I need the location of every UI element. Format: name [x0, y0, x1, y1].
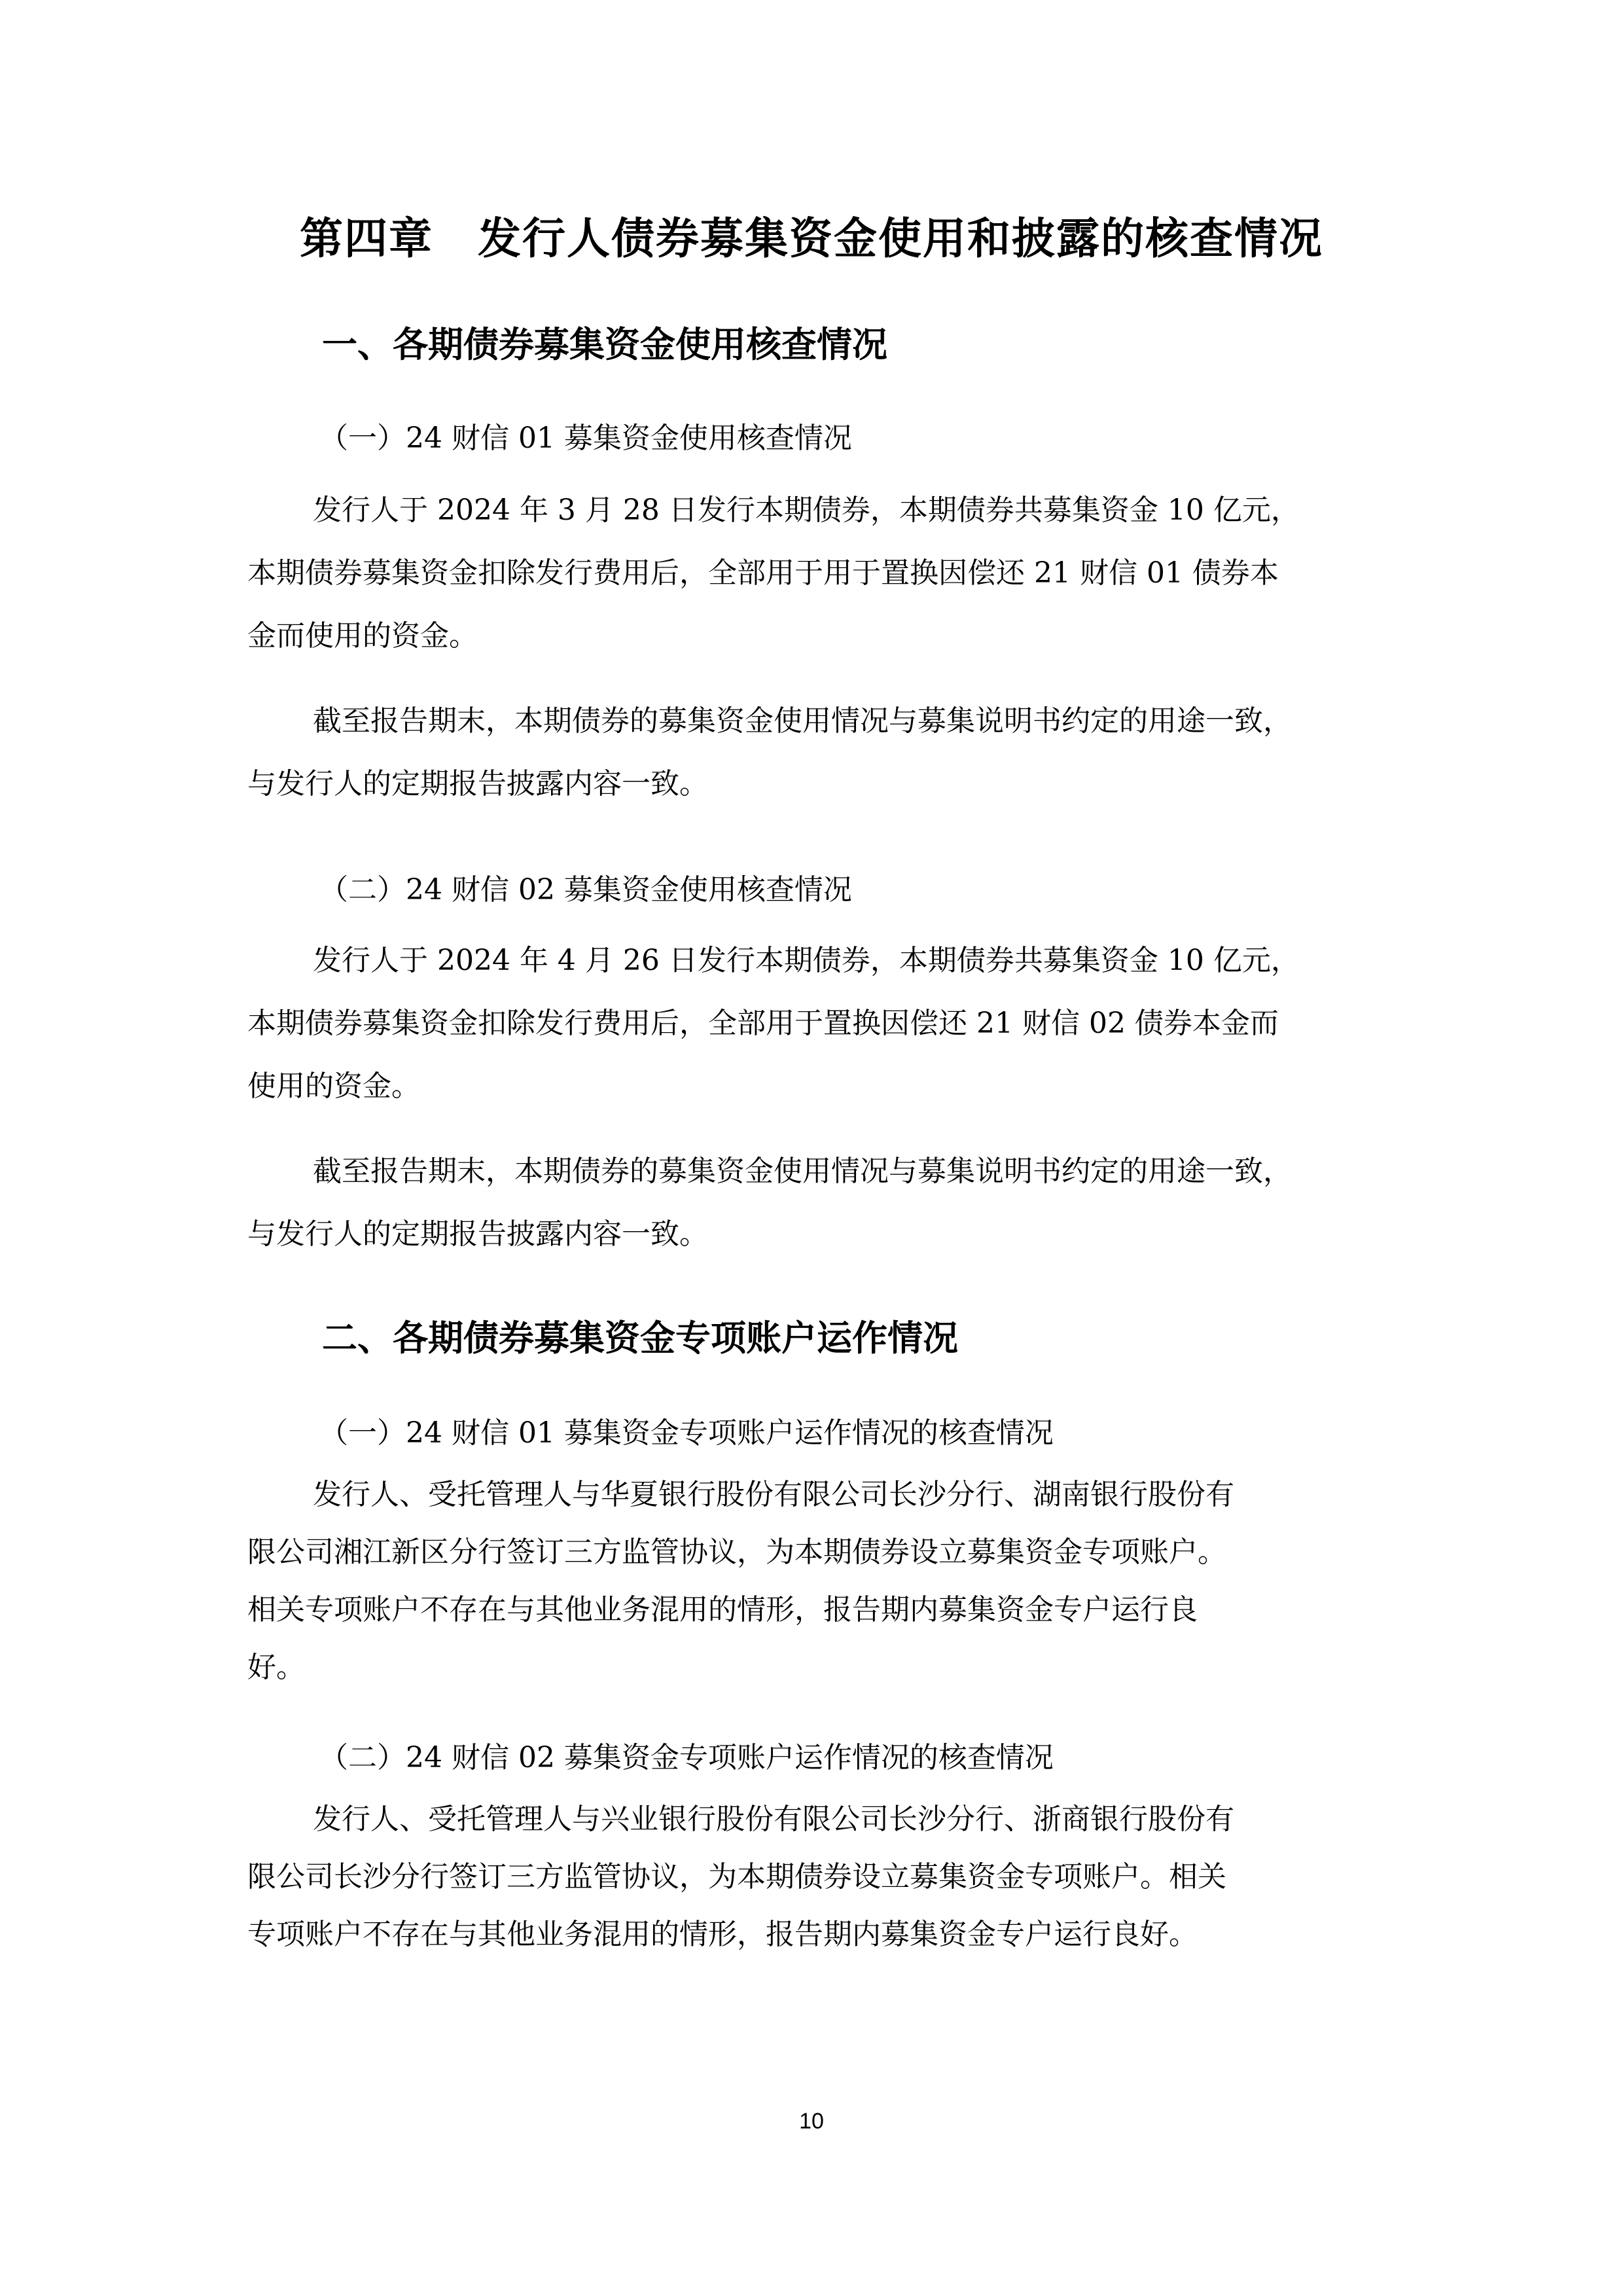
- document-page: 第四章 发行人债券募集资金使用和披露的核查情况 一、各期债券募集资金使用核查情况…: [0, 0, 1623, 2296]
- paragraph-2-1-a: 发行人、受托管理人与华夏银行股份有限公司长沙分行、湖南银行股份有 限公司湘江新区…: [247, 1466, 1419, 1696]
- subsection-heading-2-2: （二）24 财信 02 募集资金专项账户运作情况的核查情况: [319, 1738, 1054, 1778]
- paragraph-line: 截至报告期末，本期债券的募集资金使用情况与募集说明书约定的用途一致，: [247, 690, 1419, 753]
- subsection-heading-2-1: （一）24 财信 01 募集资金专项账户运作情况的核查情况: [319, 1414, 1054, 1453]
- paragraph-line: 限公司长沙分行签订三方监管协议，为本期债券设立募集资金专项账户。相关: [247, 1848, 1419, 1906]
- paragraph-1-2-b: 截至报告期末，本期债券的募集资金使用情况与募集说明书约定的用途一致， 与发行人的…: [247, 1140, 1419, 1266]
- paragraph-1-2-a: 发行人于 2024 年 4 月 26 日发行本期债券，本期债券共募集资金 10 …: [247, 929, 1419, 1118]
- paragraph-line: 本期债券募集资金扣除发行费用后，全部用于置换因偿还 21 财信 02 债券本金而: [247, 992, 1419, 1055]
- paragraph-line: 发行人于 2024 年 4 月 26 日发行本期债券，本期债券共募集资金 10 …: [247, 929, 1419, 992]
- paragraph-line: 与发行人的定期报告披露内容一致。: [247, 753, 1419, 816]
- paragraph-line: 相关专项账户不存在与其他业务混用的情形，报告期内募集资金专户运行良: [247, 1581, 1419, 1639]
- paragraph-1-1-a: 发行人于 2024 年 3 月 28 日发行本期债券，本期债券共募集资金 10 …: [247, 479, 1419, 668]
- chapter-title: 第四章 发行人债券募集资金使用和披露的核查情况: [0, 209, 1623, 268]
- paragraph-2-2-a: 发行人、受托管理人与兴业银行股份有限公司长沙分行、浙商银行股份有 限公司长沙分行…: [247, 1791, 1419, 1964]
- paragraph-line: 金而使用的资金。: [247, 605, 1419, 668]
- paragraph-1-1-b: 截至报告期末，本期债券的募集资金使用情况与募集说明书约定的用途一致， 与发行人的…: [247, 690, 1419, 816]
- paragraph-line: 截至报告期末，本期债券的募集资金使用情况与募集说明书约定的用途一致，: [247, 1140, 1419, 1203]
- paragraph-line: 发行人于 2024 年 3 月 28 日发行本期债券，本期债券共募集资金 10 …: [247, 479, 1419, 542]
- paragraph-line: 使用的资金。: [247, 1055, 1419, 1118]
- paragraph-line: 限公司湘江新区分行签订三方监管协议，为本期债券设立募集资金专项账户。: [247, 1524, 1419, 1581]
- page-number: 10: [0, 2109, 1623, 2134]
- paragraph-line: 与发行人的定期报告披露内容一致。: [247, 1203, 1419, 1266]
- subsection-heading-1-1: （一）24 财信 01 募集资金使用核查情况: [319, 419, 852, 458]
- paragraph-line: 本期债券募集资金扣除发行费用后，全部用于用于置换因偿还 21 财信 01 债券本: [247, 542, 1419, 605]
- paragraph-line: 发行人、受托管理人与兴业银行股份有限公司长沙分行、浙商银行股份有: [247, 1791, 1419, 1848]
- paragraph-line: 专项账户不存在与其他业务混用的情形，报告期内募集资金专户运行良好。: [247, 1906, 1419, 1964]
- paragraph-line: 好。: [247, 1639, 1419, 1696]
- section-heading-1: 一、各期债券募集资金使用核查情况: [322, 322, 887, 368]
- paragraph-line: 发行人、受托管理人与华夏银行股份有限公司长沙分行、湖南银行股份有: [247, 1466, 1419, 1524]
- subsection-heading-1-2: （二）24 财信 02 募集资金使用核查情况: [319, 870, 852, 910]
- section-heading-2: 二、各期债券募集资金专项账户运作情况: [322, 1316, 958, 1361]
